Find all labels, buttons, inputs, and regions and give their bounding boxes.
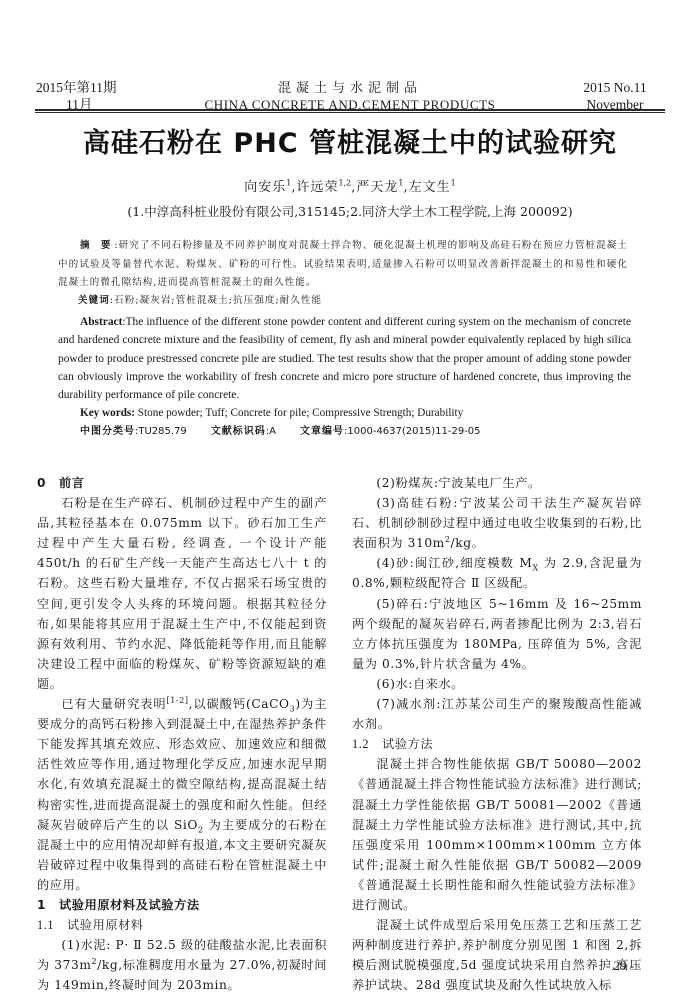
abstract-cn-text: :研究了不同石粉掺量及不同养护制度对混凝土拌合物、硬化混凝土机理的影响及高硅石粉… — [58, 240, 628, 288]
section-title: 试验用原材料及试验方法 — [59, 898, 200, 912]
keywords-en: Key words: Stone powder; Tuff; Concrete … — [80, 405, 640, 421]
text-run: )为主要成分的高钙石粉掺入到混凝土中,在湿热养护条件下能发挥其填充效应、形态效应… — [37, 697, 327, 832]
body-column-right: (2)粉煤灰:宁波某电厂生产。 (3)高硅石粉:宁波某公司干法生产凝灰岩碎石、机… — [352, 473, 642, 992]
paragraph: 混凝土试件成型后采用免压蒸工艺和压蒸工艺两种制度进行养护,养护制度分别见图 1 … — [352, 915, 642, 992]
abstract-cn-label: 摘 要 — [80, 240, 114, 251]
paragraph: (5)碎石:宁波地区 5~16mm 及 16~25mm 两个级配的凝灰岩碎石,两… — [352, 594, 642, 674]
journal-name-cn: 混凝土与水泥制品 — [200, 79, 500, 96]
subsection-number: 1.1 — [37, 915, 67, 935]
author-name: 左文生 — [409, 180, 451, 195]
subsection-title: 试验用原材料 — [67, 918, 144, 932]
subsection-title: 试验方法 — [382, 737, 433, 751]
author-affiliation-mark: 1 — [398, 179, 403, 188]
author-affiliation-mark: 1 — [451, 179, 456, 188]
clc-value: :TU285.79 — [135, 426, 187, 437]
author-affiliation-mark: 1 — [286, 179, 291, 188]
article-title: 高硅石粉在 PHC 管桩混凝土中的试验研究 — [0, 126, 700, 162]
text-run: (3)高硅石粉:宁波某公司干法生产凝灰岩碎石、机制砂制砂过程中通过电收尘收集到的… — [352, 496, 642, 550]
subsection-number: 1.2 — [352, 734, 382, 754]
text-run: /kg。 — [451, 536, 485, 550]
body-column-left: 0前言 石粉是在生产碎石、机制砂过程中产生的副产品,其粒径基本在 0.075mm… — [37, 473, 327, 992]
author-affiliation-mark: 1,2 — [339, 179, 352, 188]
keywords-en-label: Key words: — [80, 407, 135, 419]
issue-info-en: 2015 No.11 November — [560, 79, 670, 113]
keywords-cn-text: :石粉;凝灰岩;管桩混凝土;抗压强度;耐久性能 — [110, 295, 322, 306]
section-heading: 1试验用原材料及试验方法 — [37, 895, 327, 915]
author-name: 许远荣 — [297, 180, 339, 195]
paragraph: 已有大量研究表明[1-2],以碳酸钙(CaCO3)为主要成分的高钙石粉掺入到混凝… — [37, 694, 327, 895]
text-run: ,以碳酸钙(CaCO — [189, 697, 290, 711]
journal-name: 混凝土与水泥制品 CHINA CONCRETE AND.CEMENT PRODU… — [200, 79, 500, 113]
paragraph: (6)水:自来水。 — [352, 674, 642, 694]
author-list: 向安乐1,许远荣1,2,严天龙1,左文生1 — [0, 178, 700, 198]
clc-label: 中图分类号 — [80, 426, 135, 437]
paragraph: (2)粉煤灰:宁波某电厂生产。 — [352, 473, 642, 493]
issue-info: 2015年第11期 11月 — [36, 79, 146, 113]
issue-number: 2015年第11期 — [36, 79, 146, 96]
header-rule-thick — [35, 109, 665, 111]
text-run: 已有大量研究表明 — [61, 697, 166, 711]
text-run: (4)砂:闽江砂,细度模数 M — [376, 556, 532, 570]
keywords-cn: 关键词:石粉;凝灰岩;管桩混凝土;抗压强度;耐久性能 — [58, 292, 628, 311]
section-title: 前言 — [59, 476, 85, 490]
abstract-en-text: :The influence of the different stone po… — [58, 316, 631, 401]
paragraph: 石粉是在生产碎石、机制砂过程中产生的副产品,其粒径基本在 0.075mm 以下。… — [37, 493, 327, 694]
subsection-heading: 1.2试验方法 — [352, 734, 642, 754]
paragraph: (1)水泥: P· Ⅱ 52.5 级的硅酸盐水泥,比表面积为 373m2/kg,… — [37, 935, 327, 992]
subsection-heading: 1.1试验用原材料 — [37, 915, 327, 935]
paragraph: 混凝土拌合物性能依据 GB/T 50080—2002《普通混凝土拌合物性能试验方… — [352, 754, 642, 915]
article-number-label: 文章编号 — [300, 426, 344, 437]
article-metadata: 中图分类号:TU285.79文献标识码:A文章编号:1000-4637(2015… — [80, 424, 660, 440]
citation: [1-2] — [166, 696, 188, 705]
article-number-value: :1000-4637(2015)11-29-05 — [344, 426, 481, 437]
keywords-cn-label: 关键词 — [78, 295, 110, 306]
section-number: 1 — [37, 895, 59, 915]
section-number: 0 — [37, 473, 59, 493]
paragraph: (7)减水剂:江苏某公司生产的聚羧酸高性能减水剂。 — [352, 694, 642, 734]
author-name: 向安乐 — [244, 180, 286, 195]
keywords-en-text: Stone powder; Tuff; Concrete for pile; C… — [135, 407, 463, 419]
abstract-en-label: Abstract — [80, 316, 122, 328]
header-rule-thin — [35, 112, 665, 113]
author-name: 严天龙 — [356, 180, 398, 195]
affiliations: (1.中淳高科桩业股份有限公司,315145;2.同济大学土木工程学院,上海 2… — [0, 203, 700, 221]
section-heading: 0前言 — [37, 473, 327, 493]
doc-code-value: :A — [266, 426, 276, 437]
doc-code-label: 文献标识码 — [211, 426, 266, 437]
abstract-cn: 摘 要:研究了不同石粉掺量及不同养护制度对混凝土拌合物、硬化混凝土机理的影响及高… — [58, 237, 628, 293]
paragraph: (4)砂:闽江砂,细度模数 MX 为 2.9,含泥量为 0.8%,颗粒级配符合 … — [352, 553, 642, 593]
paragraph: (3)高硅石粉:宁波某公司干法生产凝灰岩碎石、机制砂制砂过程中通过电收尘收集到的… — [352, 493, 642, 553]
abstract-en: Abstract:The influence of the different … — [58, 313, 631, 404]
page-number: - 29 - — [590, 958, 650, 974]
issue-number-en: 2015 No.11 — [560, 79, 670, 96]
